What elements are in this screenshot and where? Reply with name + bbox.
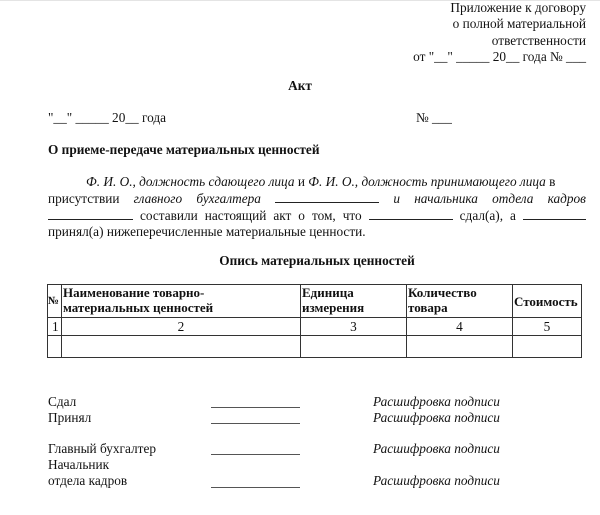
signature-role-chief-accountant: Главный бухгалтер	[48, 441, 156, 457]
table-cell: 4	[407, 318, 513, 336]
table-cell: 2	[62, 318, 301, 336]
text: настоящий	[205, 208, 267, 225]
text: о	[298, 208, 305, 225]
table-cell: 5	[513, 318, 582, 336]
inventory-title: Опись материальных ценностей	[0, 253, 600, 269]
signature-role-hr-head-1: Начальник	[48, 457, 109, 473]
text: акт	[273, 208, 291, 225]
date-line: "__" _____ 20__ года	[48, 110, 166, 126]
header-line: Количество	[408, 285, 511, 300]
act-paragraph: Ф. И. О., должность сдающего лица и Ф. И…	[48, 174, 586, 241]
signature-line-hr-head[interactable]	[211, 487, 300, 488]
text: принял(а) нижеперечисленные материальные…	[48, 224, 366, 241]
text: присутствии	[48, 191, 119, 208]
table-cell[interactable]	[48, 336, 62, 358]
text: а	[510, 208, 516, 225]
header-line: материальных ценностей	[63, 300, 299, 315]
text: главного	[134, 191, 182, 208]
document-title: Акт	[0, 78, 600, 94]
text: том,	[312, 208, 336, 225]
signature-role-gave: Сдал	[48, 394, 76, 410]
header-cell-quantity: Количество товара	[407, 285, 513, 318]
header-line: Наименование товарно-	[63, 285, 299, 300]
signature-decode-gave: Расшифровка подписи	[373, 394, 500, 410]
table-row-column-numbers: 1 2 3 4 5	[48, 318, 582, 336]
text: что	[343, 208, 362, 225]
signature-role-hr-head-2: отдела кадров	[48, 473, 127, 489]
number-line: № ___	[416, 110, 452, 126]
blank-giver[interactable]	[369, 208, 453, 220]
blank-chief-accountant[interactable]	[275, 191, 379, 203]
signature-decode-received: Расшифровка подписи	[373, 410, 500, 426]
text: и	[298, 174, 305, 191]
text: и	[393, 191, 400, 208]
inventory-table: № Наименование товарно- материальных цен…	[47, 284, 582, 358]
table-cell[interactable]	[407, 336, 513, 358]
text: начальника	[414, 191, 478, 208]
table-cell[interactable]	[301, 336, 407, 358]
header-line: товара	[408, 300, 511, 315]
text: составили	[140, 208, 198, 225]
text: бухгалтера	[196, 191, 261, 208]
signature-decode-hr-head: Расшифровка подписи	[373, 473, 500, 489]
text: отдела	[492, 191, 533, 208]
header-cell-number: №	[48, 285, 62, 318]
text: в	[549, 174, 555, 191]
text: кадров	[548, 191, 586, 208]
signature-line-received[interactable]	[211, 423, 300, 424]
header-line: Единица	[302, 285, 405, 300]
table-cell: 3	[301, 318, 407, 336]
appendix-line: о полной материальной	[413, 16, 586, 32]
appendix-line: ответственности	[413, 33, 586, 49]
table-cell[interactable]	[62, 336, 301, 358]
appendix-line: от "__" _____ 20__ года № ___	[413, 49, 586, 65]
table-cell[interactable]	[513, 336, 582, 358]
table-row	[48, 336, 582, 358]
table-cell: 1	[48, 318, 62, 336]
header-line: измерения	[302, 300, 405, 315]
signature-role-received: Принял	[48, 410, 91, 426]
signature-line-gave[interactable]	[211, 407, 300, 408]
signature-decode-chief-accountant: Расшифровка подписи	[373, 441, 500, 457]
text: сдал(а),	[460, 208, 503, 225]
appendix-header: Приложение к договору о полной материаль…	[413, 0, 586, 65]
text: Ф. И. О., должность сдающего лица	[86, 174, 295, 191]
appendix-line: Приложение к договору	[413, 0, 586, 16]
table-header-row: № Наименование товарно- материальных цен…	[48, 285, 582, 318]
header-cell-name: Наименование товарно- материальных ценно…	[62, 285, 301, 318]
blank-hr-head[interactable]	[48, 208, 133, 220]
header-cell-cost: Стоимость	[513, 285, 582, 318]
blank-receiver[interactable]	[523, 208, 586, 220]
document-subject: О приеме-передаче материальных ценностей	[48, 142, 320, 158]
signature-line-chief-accountant[interactable]	[211, 454, 300, 455]
text: Ф. И. О., должность принимающего лица	[308, 174, 546, 191]
header-cell-unit: Единица измерения	[301, 285, 407, 318]
